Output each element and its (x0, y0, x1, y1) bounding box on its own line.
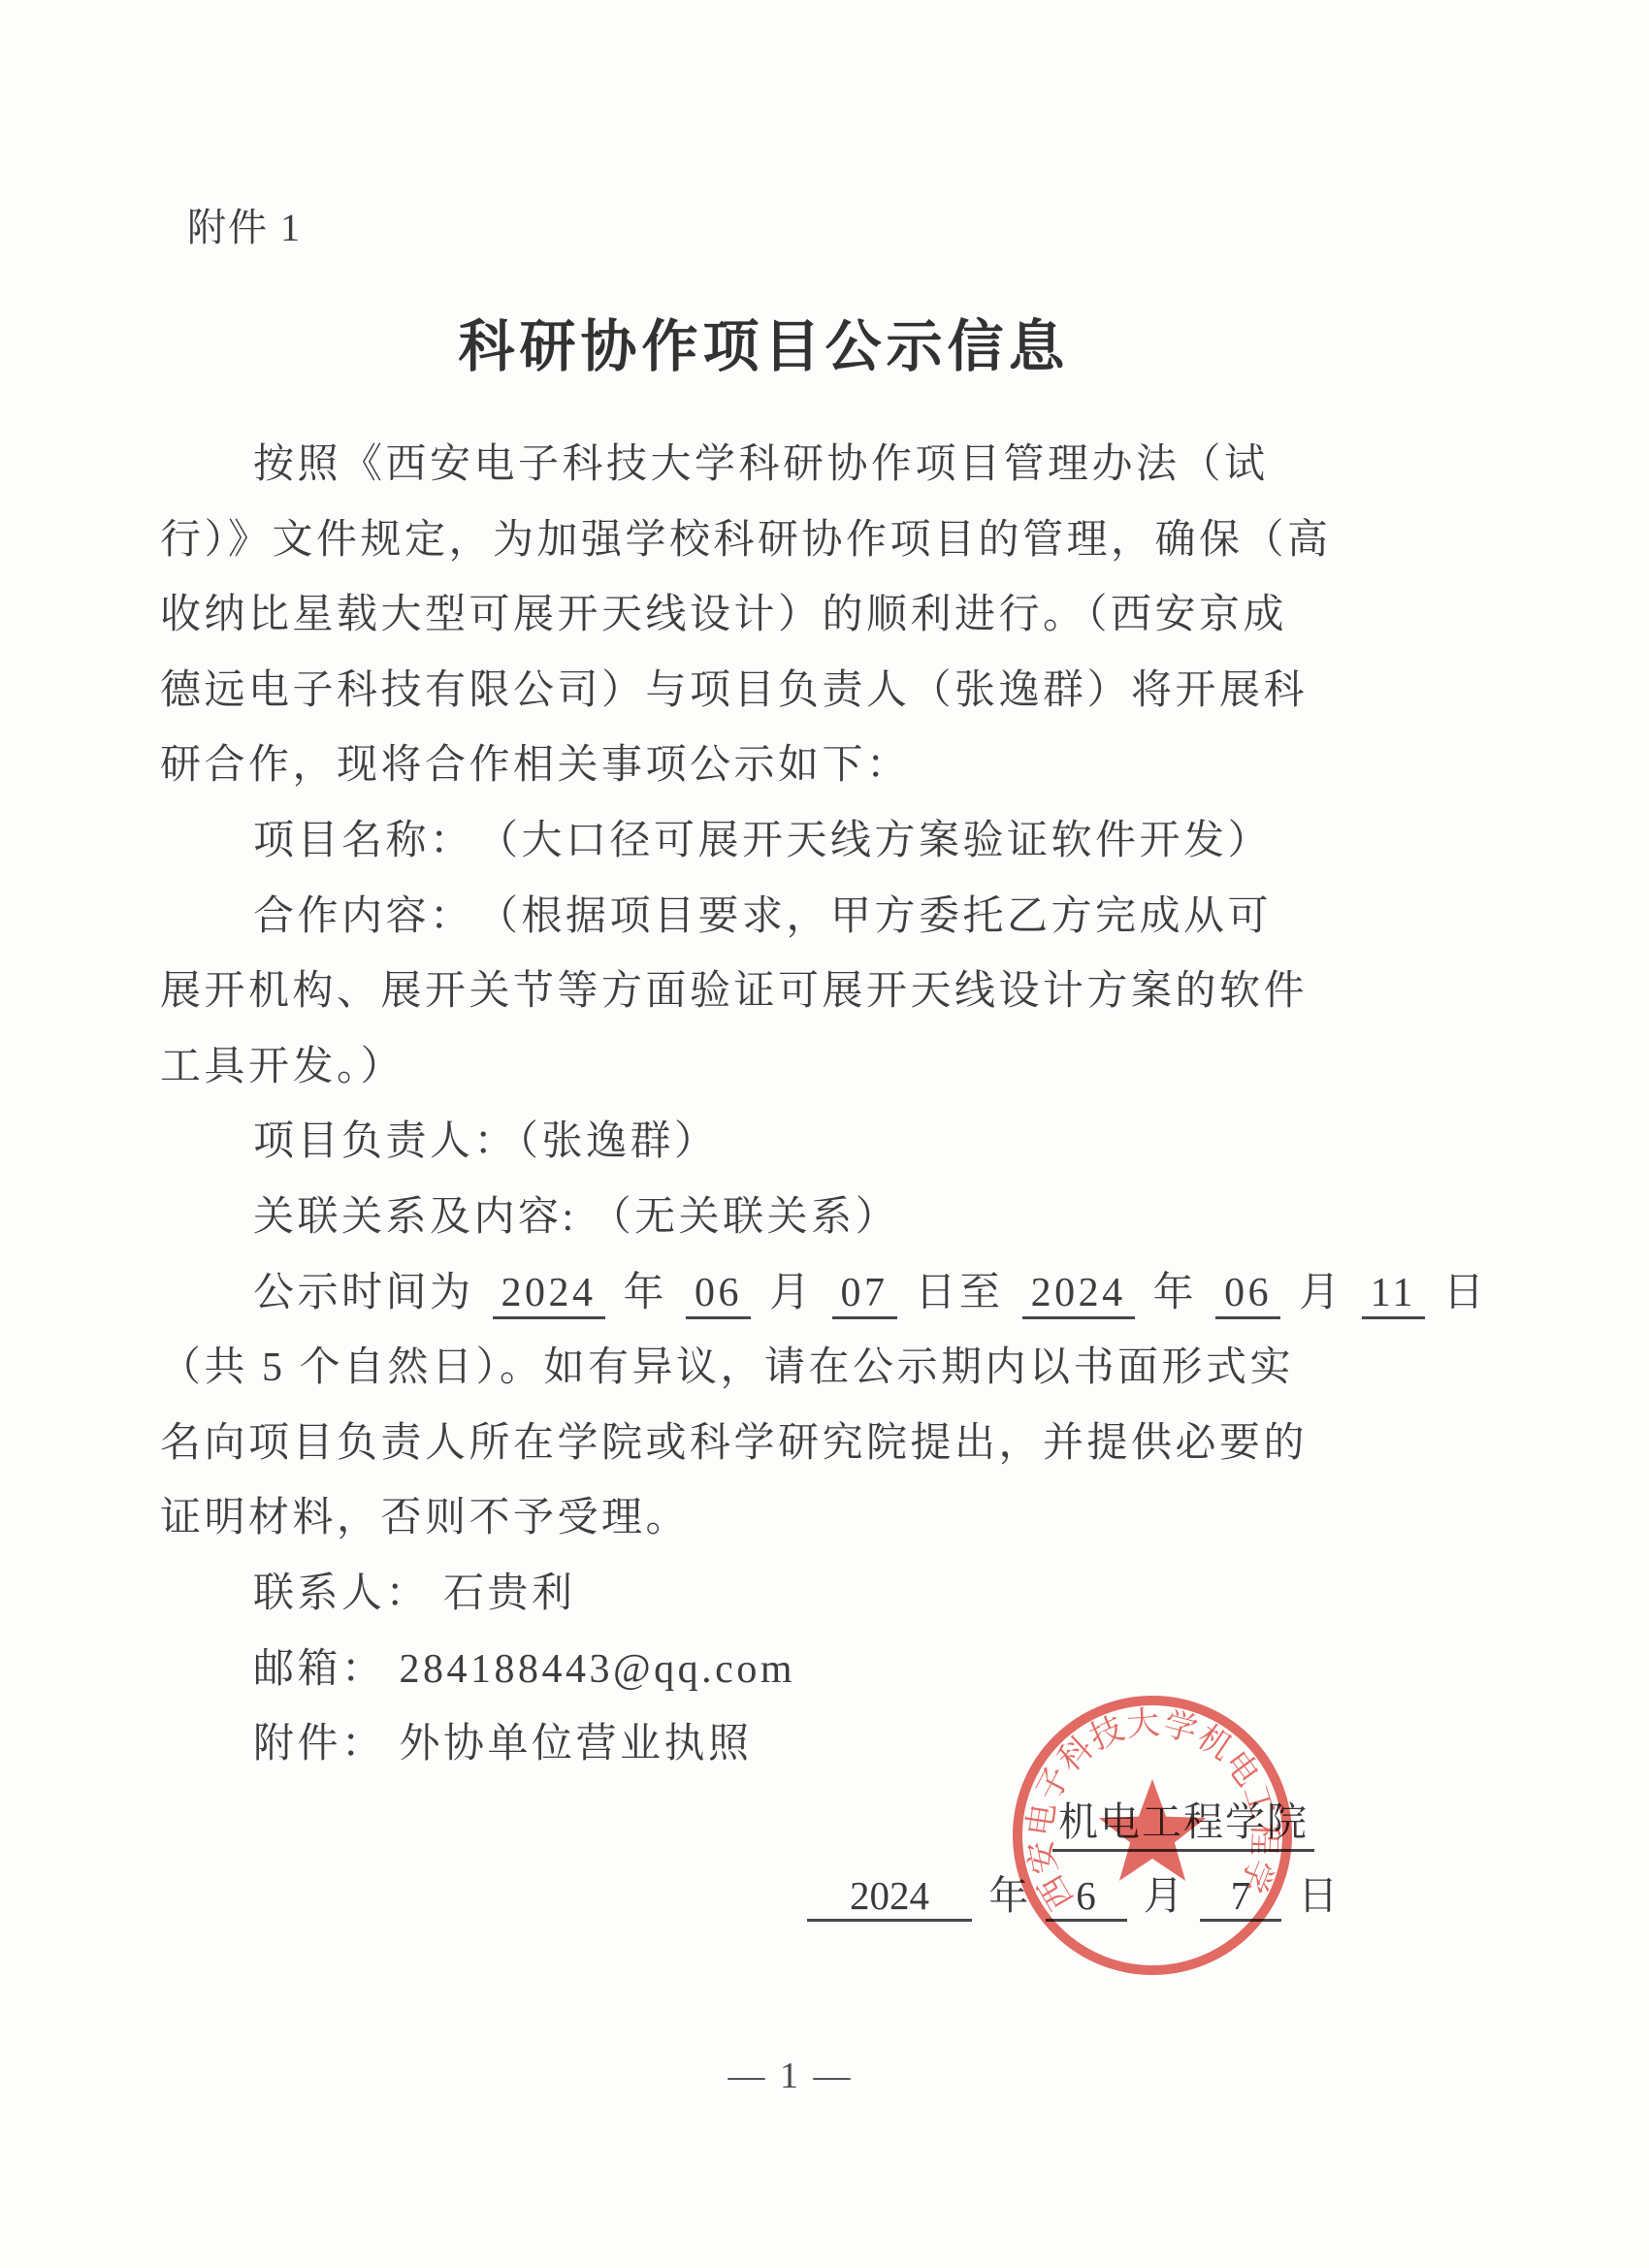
body-line: 展开机构、展开关节等方面验证可展开天线设计方案的软件 (160, 955, 1421, 1030)
body-line: 德远电子科技有限公司）与项目负责人（张逸群）将开展科 (160, 654, 1421, 729)
period-start-day: 07 (832, 1271, 897, 1319)
year-unit: 年 (624, 1271, 668, 1315)
month-unit: 月 (769, 1271, 814, 1315)
period-prefix: 公示时间为 (253, 1271, 474, 1315)
signature-year: 2024 (807, 1874, 972, 1922)
period-mid: 日至 (916, 1271, 1004, 1315)
body-line: 按照《西安电子科技大学科研协作项目管理办法（试 (160, 428, 1421, 503)
day-unit: 日 (1298, 1873, 1338, 1918)
document-body: 按照《西安电子科技大学科研协作项目管理办法（试 行）》文件规定，为加强学校科研协… (160, 428, 1421, 1783)
month-unit: 月 (1144, 1873, 1183, 1918)
relation-line: 关联关系及内容: （无关联关系） (160, 1181, 1421, 1256)
body-line: 证明材料，否则不予受理。 (160, 1481, 1421, 1557)
signature-day: 7 (1200, 1874, 1281, 1922)
period-start-month: 06 (686, 1271, 751, 1319)
attachment-label: 附件 1 (187, 197, 302, 252)
body-line: 行）》文件规定，为加强学校科研协作项目的管理，确保（高 (160, 503, 1421, 579)
publicity-period-line: 公示时间为 2024 年 06 月 07 日至 2024 年 06 月 11 日 (160, 1256, 1421, 1332)
email-line: 邮箱： 284188443@qq.com (160, 1633, 1421, 1708)
year-unit: 年 (988, 1873, 1028, 1918)
page-title: 科研协作项目公示信息 (160, 301, 1368, 382)
cooperation-content-line: 合作内容： （根据项目要求，甲方委托乙方完成从可 (160, 880, 1421, 956)
period-start-year: 2024 (493, 1271, 605, 1319)
body-line: 工具开发。） (160, 1030, 1421, 1106)
attachment-list-line: 附件： 外协单位营业执照 (160, 1707, 1421, 1783)
period-suffix: 日 (1443, 1271, 1488, 1315)
body-line: 名向项目负责人所在学院或科学研究院提出，并提供必要的 (160, 1407, 1421, 1482)
month-unit: 月 (1299, 1271, 1343, 1315)
period-end-day: 11 (1362, 1271, 1425, 1319)
signature-month: 6 (1046, 1874, 1127, 1922)
period-end-year: 2024 (1022, 1271, 1135, 1319)
body-line: 收纳比星载大型可展开天线设计）的顺利进行。（西安京成 (160, 578, 1421, 654)
year-unit: 年 (1153, 1271, 1198, 1315)
body-line: 研合作，现将合作相关事项公示如下： (160, 729, 1421, 804)
signature-date-line: 2024 年 6 月 7 日 (807, 1870, 1389, 1927)
page-number: — 1 — (160, 2055, 1421, 2097)
period-end-month: 06 (1215, 1271, 1280, 1319)
signature-department: 机电工程学院 (1052, 1795, 1314, 1852)
project-leader-line: 项目负责人：（张逸群） (160, 1105, 1421, 1181)
contact-person-line: 联系人： 石贵利 (160, 1557, 1421, 1633)
project-name-line: 项目名称： （大口径可展开天线方案验证软件开发） (160, 804, 1421, 880)
document-page: 附件 1 科研协作项目公示信息 按照《西安电子科技大学科研协作项目管理办法（试 … (0, 0, 1649, 2268)
body-line: （共 5 个自然日）。如有异议，请在公示期内以书面形式实 (160, 1331, 1421, 1407)
